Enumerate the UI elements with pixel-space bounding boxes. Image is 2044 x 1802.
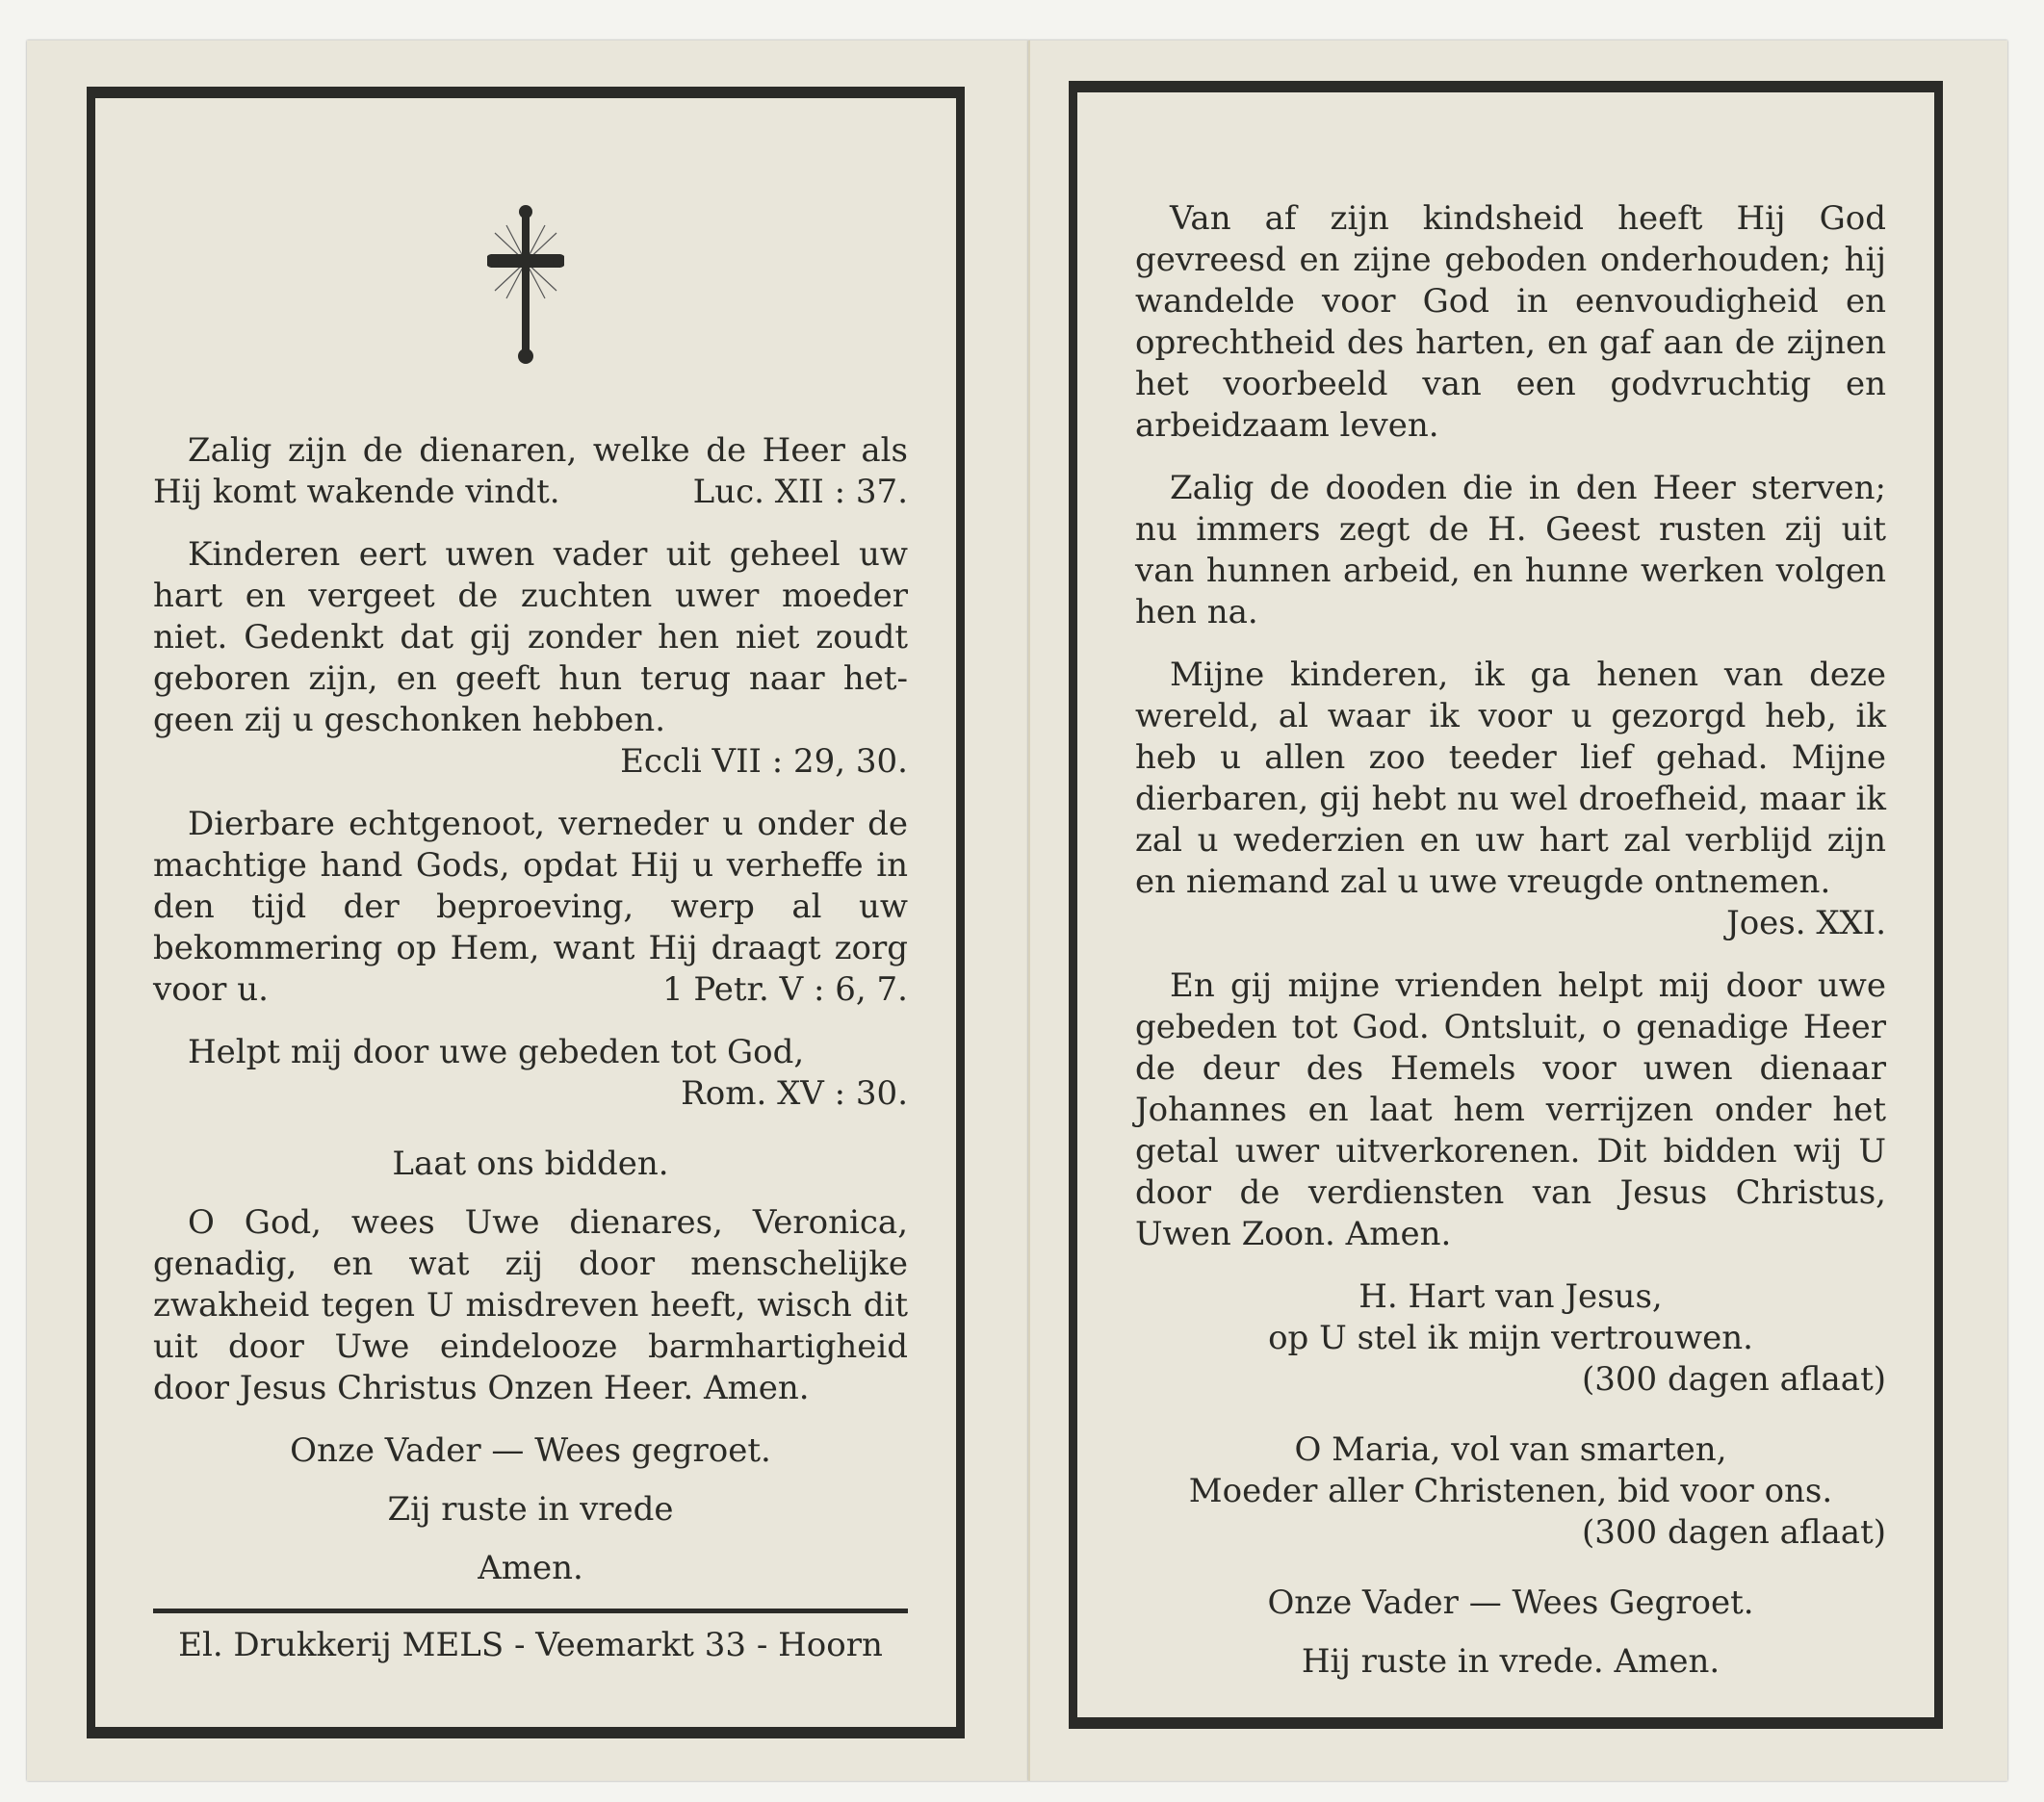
right-page: Van af zijn kindsheid heeft Hij God gevr… bbox=[1028, 40, 2007, 1781]
verse-blessed-dead: Zalig de dooden die in den Heer sterven;… bbox=[1135, 468, 1886, 633]
closing-our-father: Onze Vader — Wees gegroet. bbox=[153, 1430, 908, 1472]
right-mourning-border: Van af zijn kindsheid heeft Hij God gevr… bbox=[1069, 81, 1943, 1729]
ref-joes: Joes. XXI. bbox=[1135, 903, 1886, 944]
left-mourning-border: Zalig zijn de dienaren, welke de Heer al… bbox=[87, 87, 965, 1738]
invocation-mary-2: Moeder aller Christenen, bid voor ons. bbox=[1135, 1471, 1886, 1512]
prayer-text: O God, wees Uwe dienares, Veronica, gena… bbox=[153, 1202, 908, 1409]
indulgence-1: (300 dagen aflaat) bbox=[1135, 1359, 1886, 1401]
closing-rest-in-peace: Zij ruste in vrede bbox=[153, 1489, 908, 1531]
cross-icon bbox=[487, 204, 564, 368]
verse-eccli: Kinderen eert uwen vader uit geheel uw h… bbox=[153, 534, 908, 741]
verse-romans: Helpt mij door uwe gebeden tot God, bbox=[153, 1032, 908, 1073]
ref-eccli: Eccli VII : 29, 30. bbox=[153, 741, 908, 783]
prayer-title: Laat ons bidden. bbox=[153, 1144, 908, 1185]
verse-petrus: Dierbare echtgenoot, verneder u onder de… bbox=[153, 804, 908, 1011]
left-page: Zalig zijn de dienaren, welke de Heer al… bbox=[27, 40, 1028, 1781]
indulgence-2: (300 dagen aflaat) bbox=[1135, 1512, 1886, 1554]
ref-romans: Rom. XV : 30. bbox=[153, 1073, 908, 1115]
verse-luke: Zalig zijn de dienaren, welke de Heer al… bbox=[153, 430, 908, 513]
verse-childhood: Van af zijn kindsheid heeft Hij God gevr… bbox=[1135, 198, 1886, 447]
verse-children: Mijne kinderen, ik ga henen van deze wer… bbox=[1135, 655, 1886, 903]
closing-our-father: Onze Vader — Wees Gegroet. bbox=[1135, 1583, 1886, 1624]
verse-friends: En gij mijne vrienden helpt mij door uwe… bbox=[1135, 965, 1886, 1255]
invocation-sacred-heart: H. Hart van Jesus, bbox=[1135, 1276, 1886, 1318]
printer-imprint: El. Drukkerij MELS - Veemarkt 33 - Hoorn bbox=[153, 1625, 908, 1666]
closing-rest-in-peace: Hij ruste in vrede. Amen. bbox=[1135, 1641, 1886, 1683]
divider bbox=[153, 1609, 908, 1613]
invocation-mary: O Maria, vol van smarten, bbox=[1135, 1429, 1886, 1471]
closing-amen: Amen. bbox=[153, 1548, 908, 1589]
invocation-sacred-heart-2: op U stel ik mijn vertrouwen. bbox=[1135, 1318, 1886, 1359]
